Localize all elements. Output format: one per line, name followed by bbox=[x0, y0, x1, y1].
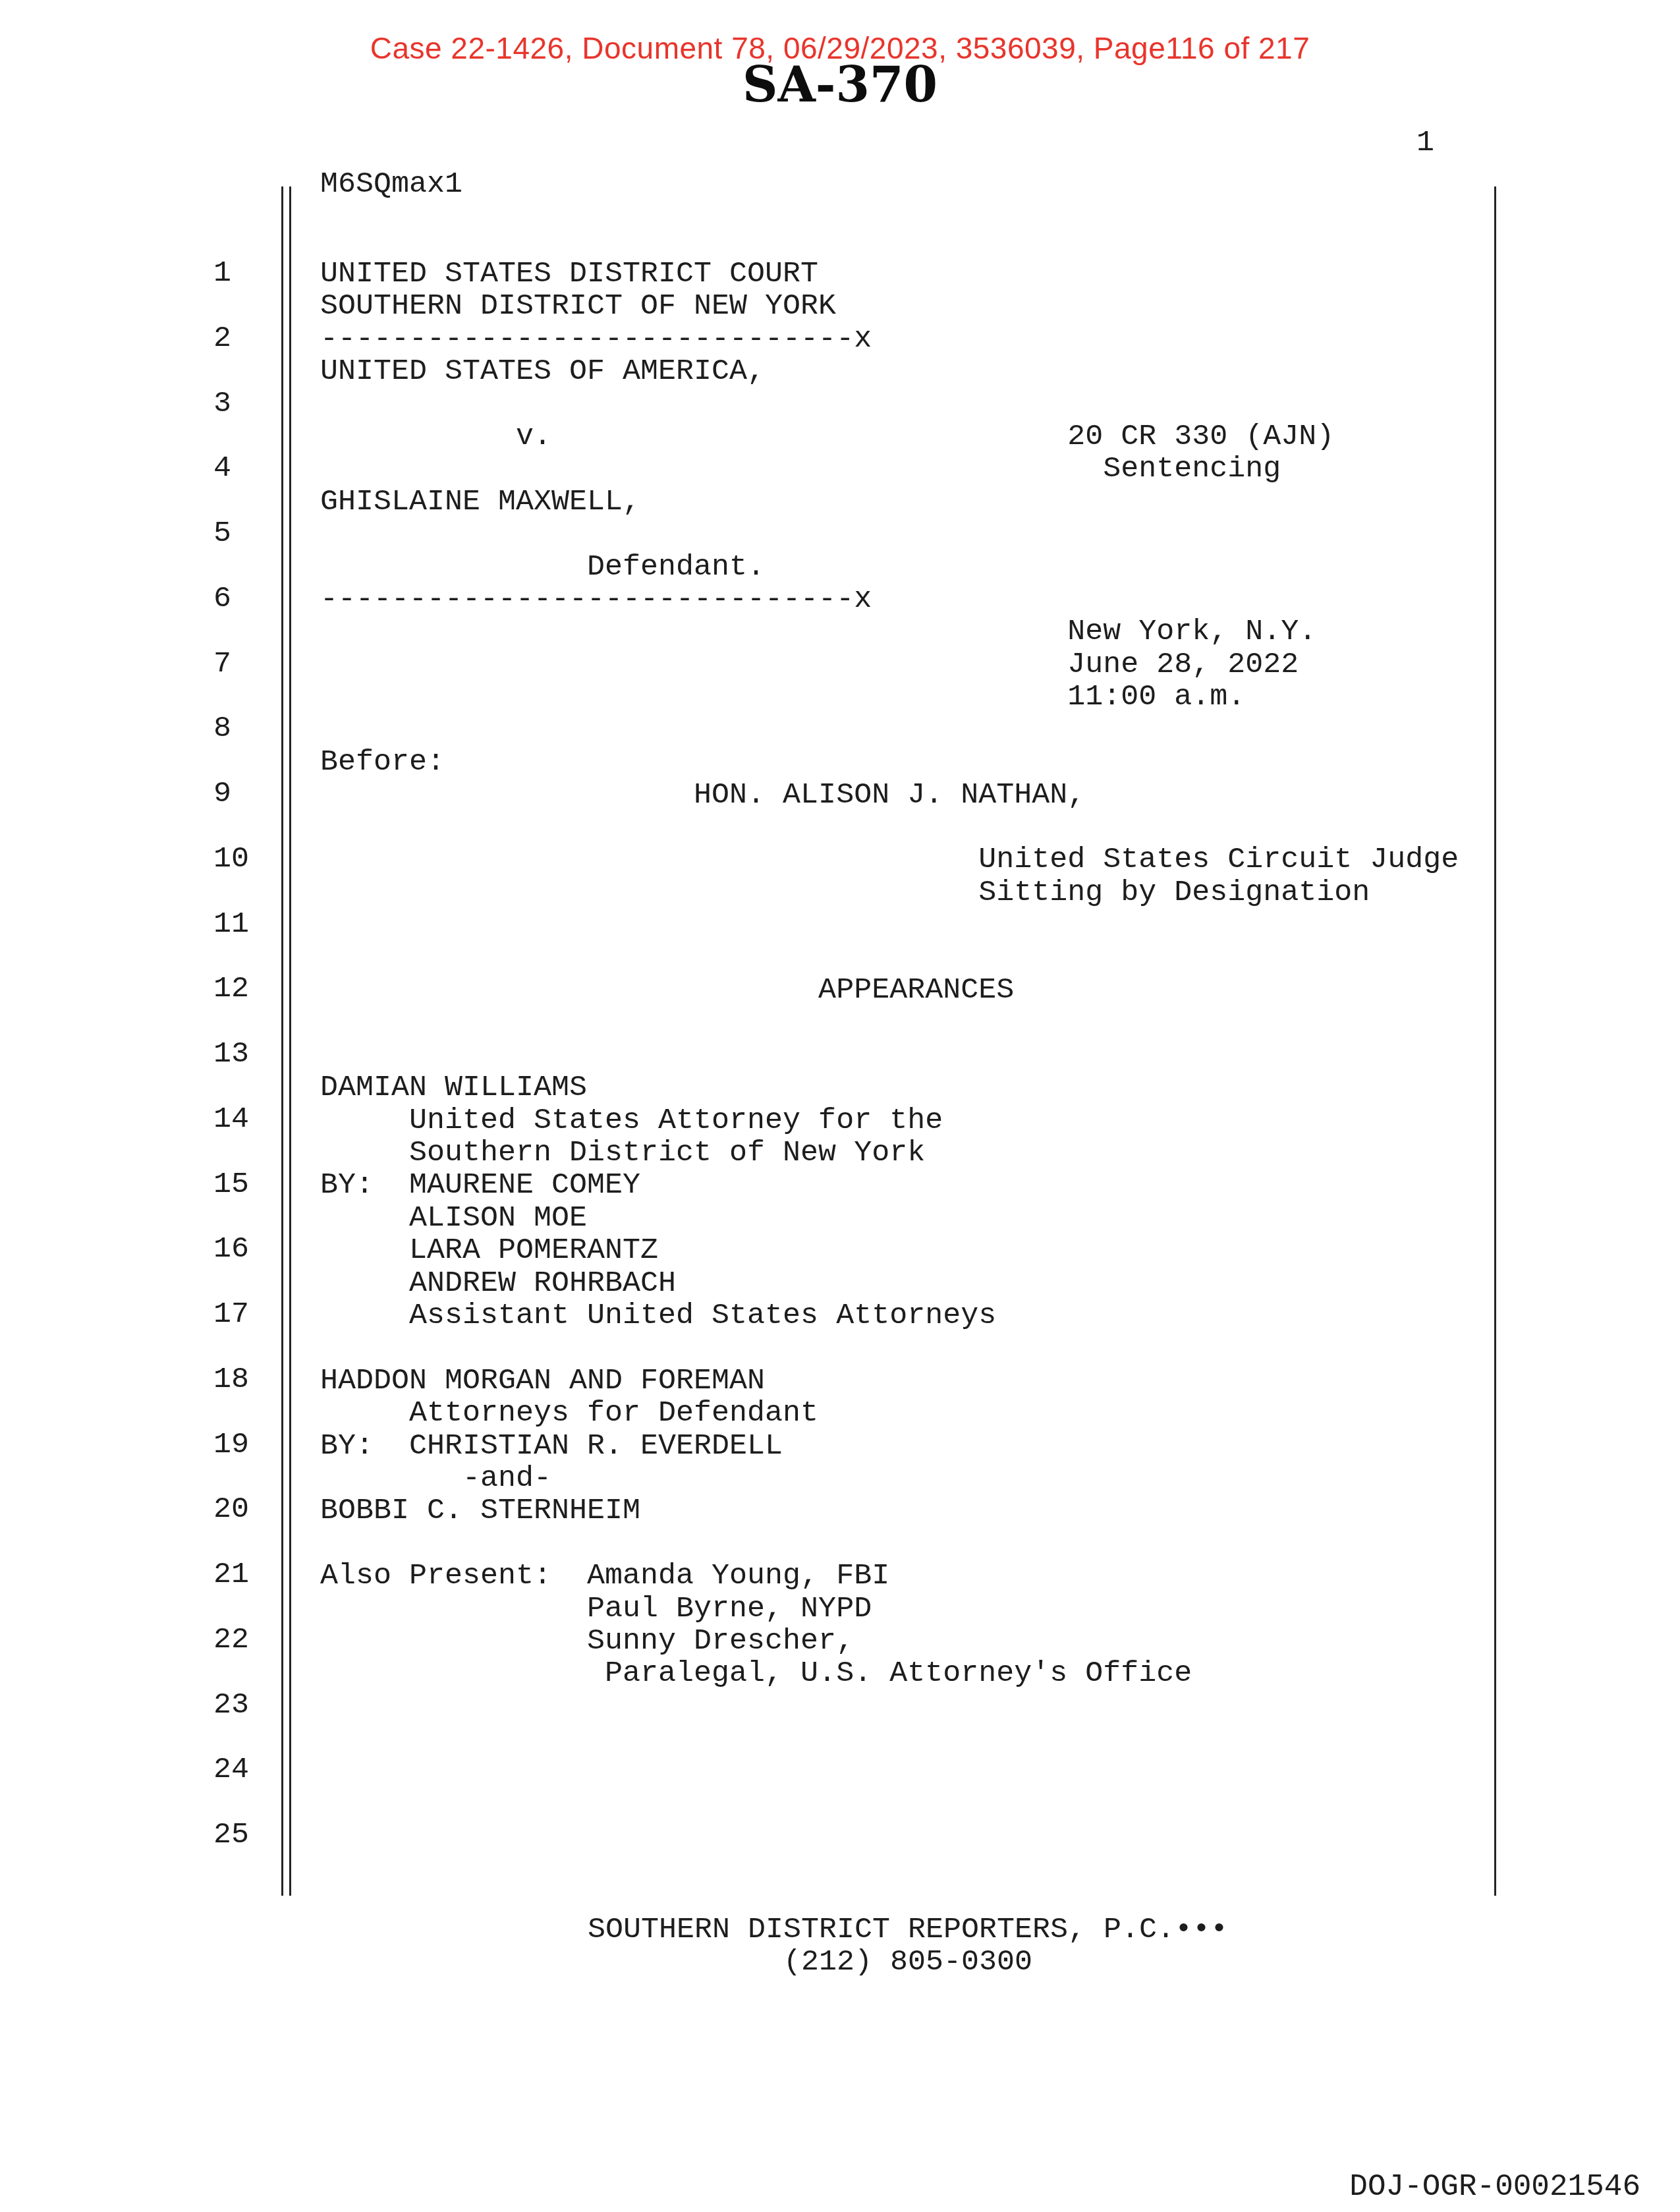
appendix-page-label: SA-370 bbox=[0, 57, 1680, 113]
bates-number: DOJ-OGR-00021546 bbox=[1349, 2170, 1640, 2203]
reporter-phone-line: (212) 805-0300 bbox=[783, 1945, 1032, 1979]
left-margin-rule-outer bbox=[281, 186, 283, 1896]
transcript-session-id: M6SQmax1 bbox=[320, 168, 462, 200]
transcript-body-text: UNITED STATES DISTRICT COURT SOUTHERN DI… bbox=[320, 258, 1459, 1690]
transcript-page: { "stamp": { "text": "Case 22-1426, Docu… bbox=[0, 0, 1680, 2212]
line-number-column: 1 2 3 4 5 6 7 8 9 10 11 12 13 14 15 16 1… bbox=[213, 241, 266, 1868]
right-margin-rule bbox=[1494, 186, 1496, 1896]
transcript-page-number: 1 bbox=[1416, 127, 1434, 159]
left-margin-rule-inner bbox=[289, 186, 291, 1896]
reporter-footer: SOUTHERN DISTRICT REPORTERS, P.C.••• (21… bbox=[320, 1914, 1496, 1979]
reporter-name-line: SOUTHERN DISTRICT REPORTERS, P.C.••• bbox=[588, 1913, 1228, 1946]
